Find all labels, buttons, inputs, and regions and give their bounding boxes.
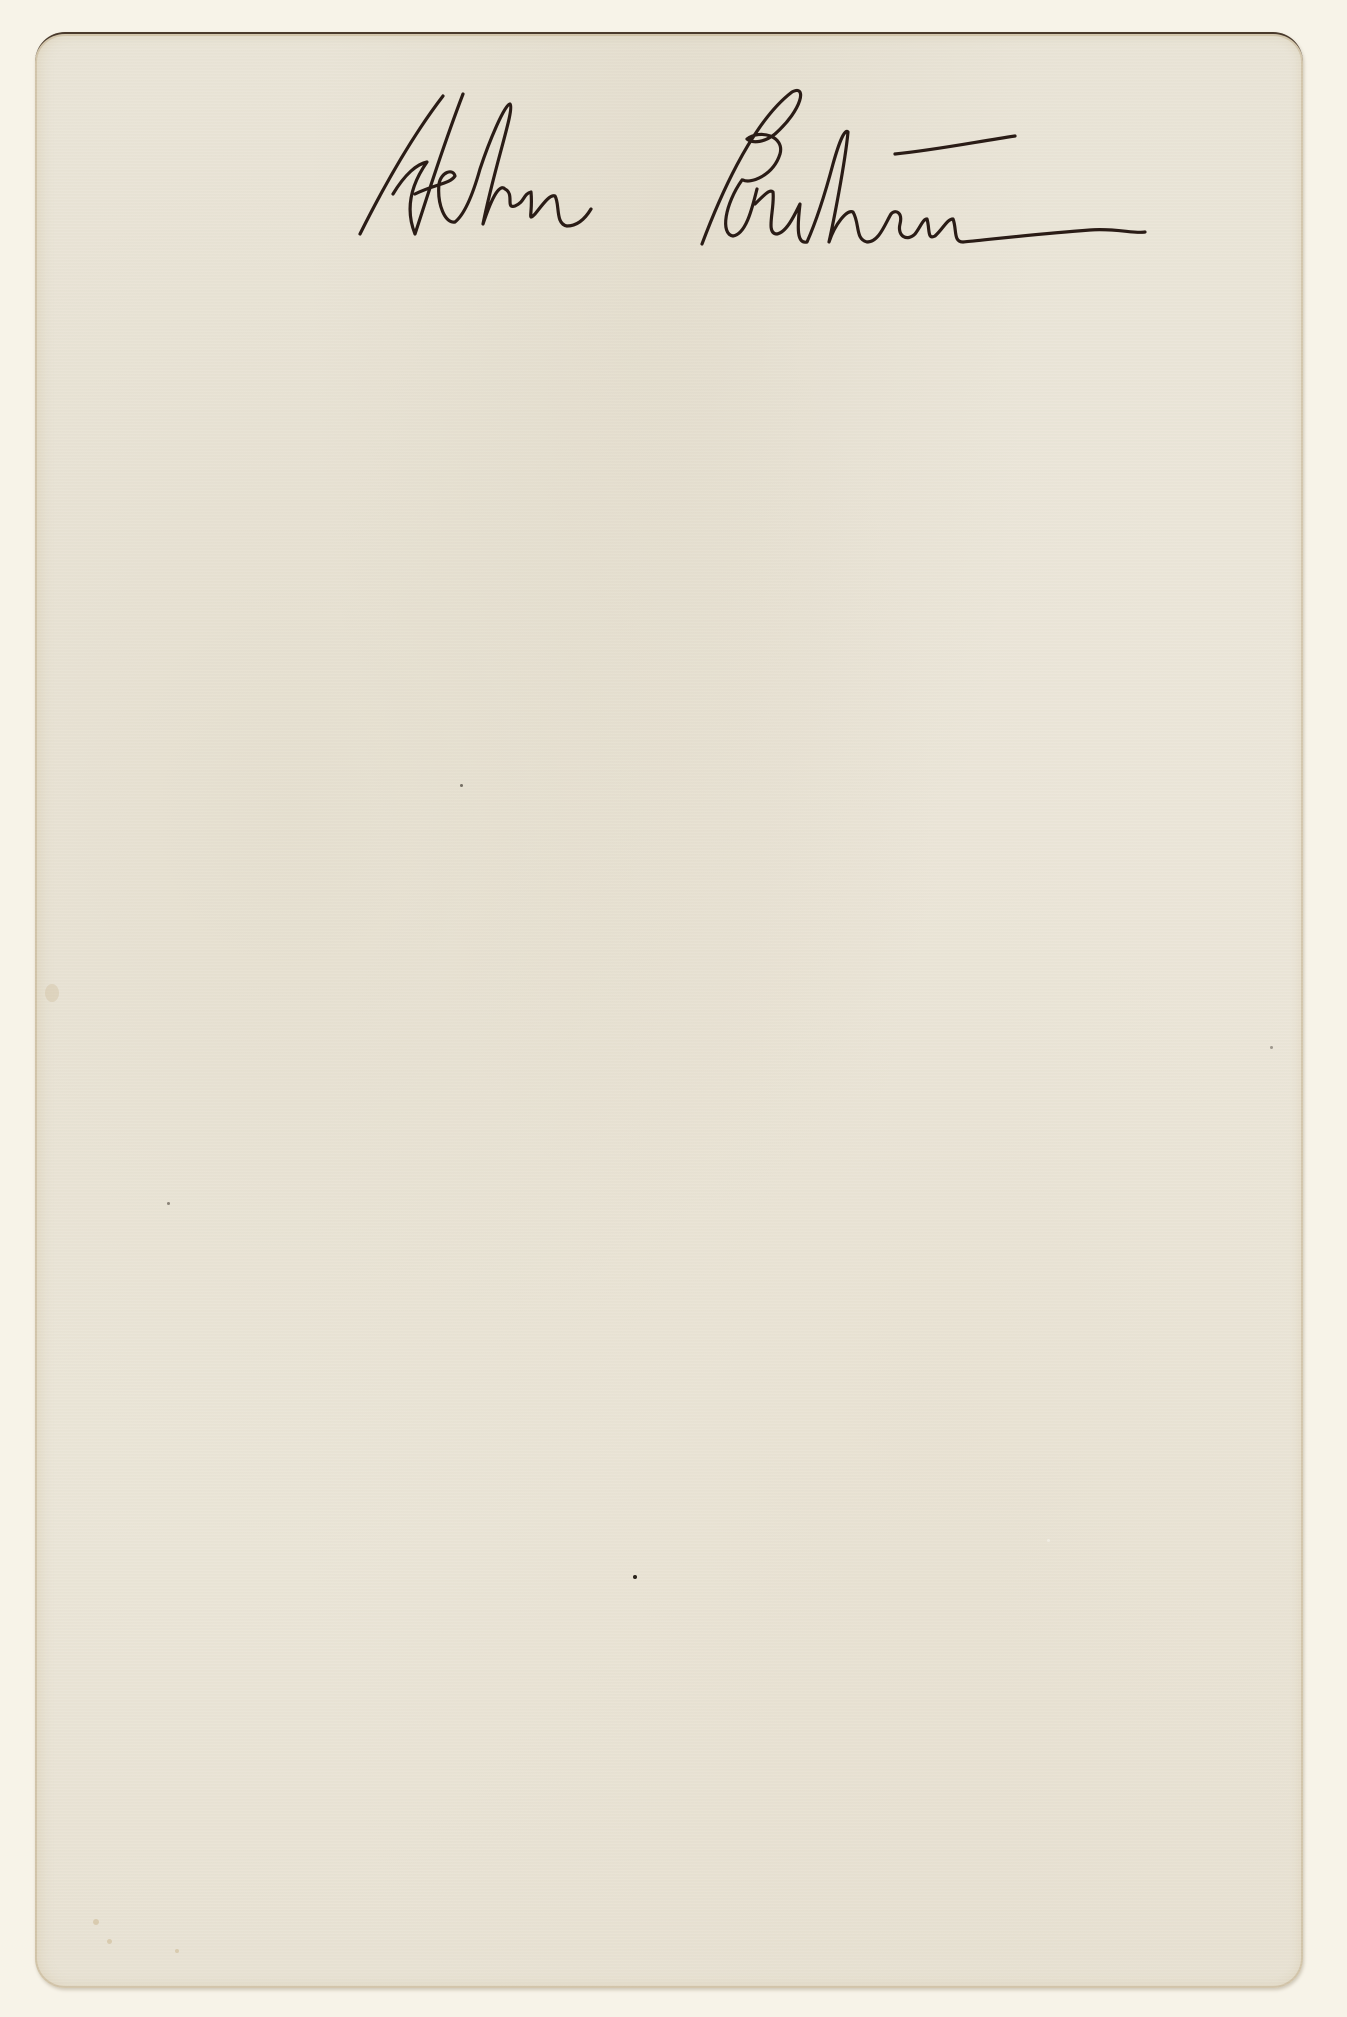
- foxing-stain: [93, 1919, 99, 1925]
- foxing-stain: [45, 984, 59, 1002]
- paper-speck: [633, 1575, 637, 1579]
- paper-speck: [1270, 1046, 1273, 1049]
- paper-speck: [1047, 1539, 1050, 1542]
- scan-background: Helen Bertram: [0, 0, 1347, 2017]
- foxing-stain: [175, 1949, 179, 1953]
- paper-speck: [460, 784, 463, 787]
- paper-texture: [35, 34, 1303, 1988]
- signature-strokes: [355, 84, 1155, 264]
- paper-speck: [167, 1202, 170, 1205]
- cabinet-card-back: Helen Bertram: [35, 32, 1303, 1988]
- handwritten-signature: Helen Bertram: [355, 84, 1155, 264]
- foxing-stain: [107, 1939, 112, 1944]
